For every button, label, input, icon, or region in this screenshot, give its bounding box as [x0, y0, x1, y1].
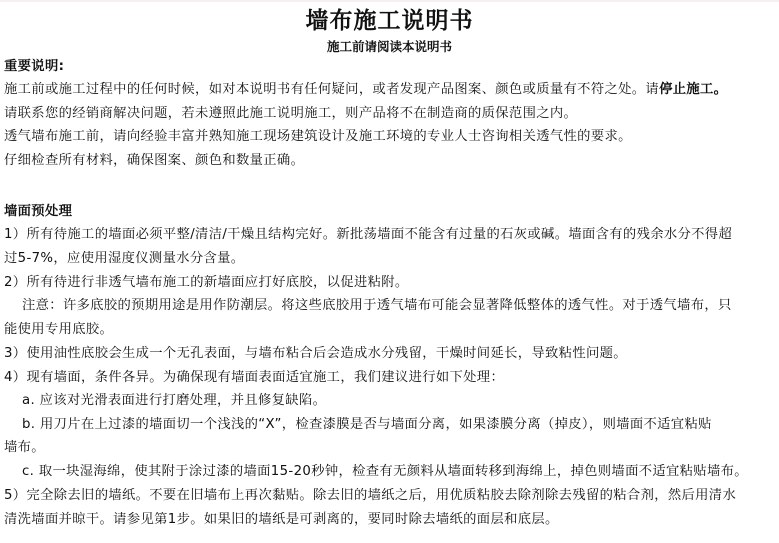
wall-prep-item-5a: 5）完全除去旧的墙纸。不要在旧墙布上再次黏贴。除去旧的墙纸之后，用优质粘胶去除剂… — [4, 486, 779, 506]
document-subtitle: 施工前请阅读本说明书 — [0, 38, 779, 56]
important-line-2: 请联系您的经销商解决问题，若未遵照此施工说明施工，则产品将不在制造商的质保范围之… — [4, 104, 779, 124]
wall-prep-note-a: 注意：许多底胶的预期用途是用作防潮层。将这些底胶用于透气墙布可能会显著降低整体的… — [22, 296, 779, 316]
wall-prep-sub-b-a: b. 用刀片在上过漆的墙面切一个浅浅的“X”，检查漆膜是否与墙面分离，如果漆膜分… — [22, 415, 779, 435]
stop-construction-emphasis: 停止施工。 — [659, 82, 727, 97]
wall-prep-sub-a: a. 应该对光滑表面进行打磨处理，并且修复缺陷。 — [22, 391, 779, 411]
top-border — [0, 0, 779, 2]
wall-prep-note-b: 能使用专用底胶。 — [4, 320, 779, 340]
important-line-1-text: 施工前或施工过程中的任何时候，如对本说明书有任何疑问，或者发现产品图案、颜色或质… — [4, 82, 659, 97]
important-line-4: 仔细检查所有材料，确保图案、颜色和数量正确。 — [4, 151, 779, 171]
wall-prep-heading: 墙面预处理 — [4, 202, 779, 222]
document-title: 墙布施工说明书 — [0, 6, 779, 36]
wall-prep-item-1b: 过5-7%，应使用湿度仪测量水分含量。 — [4, 249, 779, 269]
wall-prep-item-4: 4）现有墙面，条件各异。为确保现有墙面表面适宜施工，我们建议进行如下处理： — [4, 368, 779, 388]
important-line-3: 透气墙布施工前，请向经验丰富并熟知施工现场建筑设计及施工环境的专业人士咨询相关透… — [4, 127, 779, 147]
important-heading: 重要说明: — [4, 57, 779, 77]
important-line-1: 施工前或施工过程中的任何时候，如对本说明书有任何疑问，或者发现产品图案、颜色或质… — [4, 80, 779, 100]
wall-prep-sub-c: c. 取一块湿海绵，使其附于涂过漆的墙面15-20秒钟，检查有无颜料从墙面转移到… — [22, 462, 779, 482]
wall-prep-item-1a: 1）所有待施工的墙面必须平整/清洁/干燥且结构完好。新批荡墙面不能含有过量的石灰… — [4, 225, 779, 245]
wall-prep-item-2: 2）所有待进行非透气墙布施工的新墙面应打好底胶，以促进粘附。 — [4, 273, 779, 293]
wall-prep-sub-b-b: 墙布。 — [4, 438, 779, 458]
wall-prep-item-5b: 清洗墙面并晾干。请参见第1步。如果旧的墙纸是可剥离的，要同时除去墙纸的面层和底层… — [4, 510, 779, 530]
wall-prep-item-3: 3）使用油性底胶会生成一个无孔表面，与墙布粘合后会造成水分残留，干燥时间延长，导… — [4, 344, 779, 364]
